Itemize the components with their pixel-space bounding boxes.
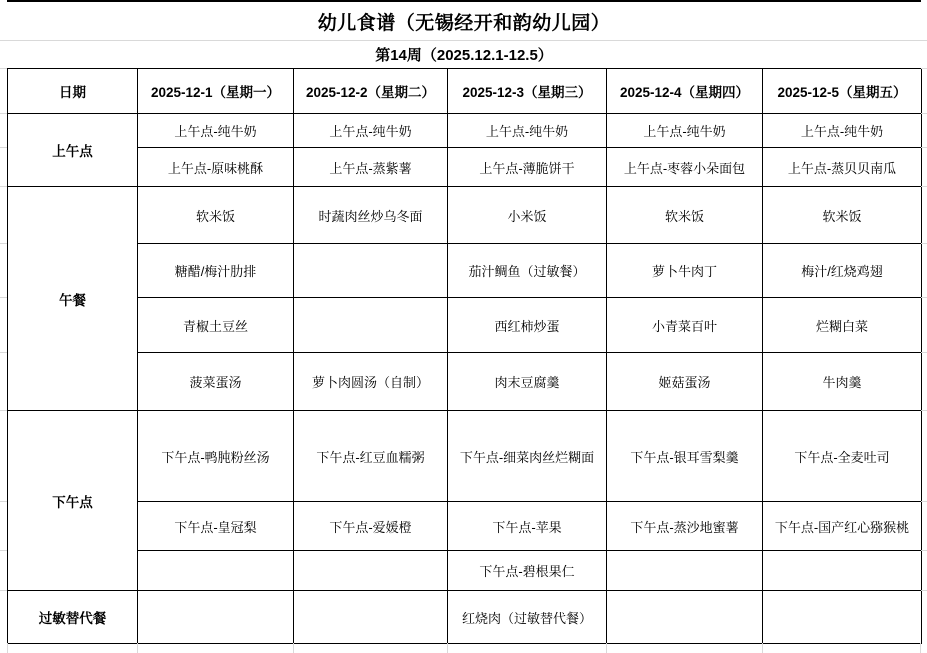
table-row: 下午点-碧根果仁 xyxy=(8,551,922,591)
margin-gridline xyxy=(0,352,7,353)
menu-cell xyxy=(294,244,448,298)
day-header-thu: 2025-12-4（星期四） xyxy=(607,69,763,114)
margin-gridline xyxy=(0,550,7,551)
margin-gridline xyxy=(762,643,763,653)
table-row: 过敏替代餐 红烧肉（过敏替代餐） xyxy=(8,591,922,644)
date-corner-label: 日期 xyxy=(8,69,138,114)
section-label-lunch: 午餐 xyxy=(8,187,138,411)
menu-cell xyxy=(607,551,763,591)
menu-cell: 肉末豆腐羹 xyxy=(448,353,607,411)
menu-cell xyxy=(138,551,294,591)
margin-gridline xyxy=(0,186,7,187)
table-row: 下午点-皇冠梨 下午点-爱媛橙 下午点-苹果 下午点-蒸沙地蜜薯 下午点-国产红… xyxy=(8,502,922,551)
menu-cell: 软米饭 xyxy=(607,187,763,244)
menu-cell: 姬菇蛋汤 xyxy=(607,353,763,411)
table-row: 菠菜蛋汤 萝卜肉圆汤（自制） 肉末豆腐羹 姬菇蛋汤 牛肉羹 xyxy=(8,353,922,411)
menu-cell: 上午点-纯牛奶 xyxy=(294,114,448,148)
margin-gridline xyxy=(0,590,7,591)
margin-gridline xyxy=(0,297,7,298)
table-row: 午餐 软米饭 时蔬肉丝炒乌冬面 小米饭 软米饭 软米饭 xyxy=(8,187,922,244)
menu-cell xyxy=(607,591,763,644)
page-title: 幼儿食谱（无锡经开和韵幼儿园） xyxy=(7,0,921,40)
margin-gridline xyxy=(137,643,138,653)
menu-cell: 上午点-纯牛奶 xyxy=(763,114,922,148)
day-header-wed: 2025-12-3（星期三） xyxy=(448,69,607,114)
menu-cell: 下午点-全麦吐司 xyxy=(763,411,922,502)
menu-cell: 下午点-细菜肉丝烂糊面 xyxy=(448,411,607,502)
margin-gridline xyxy=(0,147,7,148)
table-row: 糖醋/梅汁肋排 茄汁鲷鱼（过敏餐） 萝卜牛肉丁 梅汁/红烧鸡翅 xyxy=(8,244,922,298)
menu-cell: 上午点-蒸贝贝南瓜 xyxy=(763,148,922,187)
table-row: 上午点 上午点-纯牛奶 上午点-纯牛奶 上午点-纯牛奶 上午点-纯牛奶 上午点-… xyxy=(8,114,922,148)
menu-cell: 小青菜百叶 xyxy=(607,298,763,353)
margin-gridline xyxy=(0,501,7,502)
margin-gridline xyxy=(447,643,448,653)
menu-cell: 萝卜肉圆汤（自制） xyxy=(294,353,448,411)
menu-cell: 上午点-原味桃酥 xyxy=(138,148,294,187)
menu-cell: 茄汁鲷鱼（过敏餐） xyxy=(448,244,607,298)
margin-gridline xyxy=(0,113,7,114)
margin-gridline xyxy=(293,643,294,653)
menu-cell: 上午点-枣蓉小朵面包 xyxy=(607,148,763,187)
menu-cell xyxy=(294,298,448,353)
menu-cell: 软米饭 xyxy=(763,187,922,244)
header-row: 日期 2025-12-1（星期一） 2025-12-2（星期二） 2025-12… xyxy=(8,69,922,114)
menu-cell: 下午点-苹果 xyxy=(448,502,607,551)
day-header-mon: 2025-12-1（星期一） xyxy=(138,69,294,114)
menu-cell: 软米饭 xyxy=(138,187,294,244)
menu-cell xyxy=(763,551,922,591)
menu-cell xyxy=(294,591,448,644)
menu-cell: 糖醋/梅汁肋排 xyxy=(138,244,294,298)
menu-cell: 下午点-爱媛橙 xyxy=(294,502,448,551)
menu-cell: 下午点-碧根果仁 xyxy=(448,551,607,591)
menu-cell: 上午点-纯牛奶 xyxy=(607,114,763,148)
menu-cell: 上午点-纯牛奶 xyxy=(448,114,607,148)
menu-cell: 下午点-银耳雪梨羹 xyxy=(607,411,763,502)
menu-cell: 下午点-红豆血糯粥 xyxy=(294,411,448,502)
menu-cell: 青椒土豆丝 xyxy=(138,298,294,353)
section-label-afternoon-snack: 下午点 xyxy=(8,411,138,591)
menu-cell xyxy=(294,551,448,591)
menu-cell: 西红柿炒蛋 xyxy=(448,298,607,353)
menu-cell: 下午点-蒸沙地蜜薯 xyxy=(607,502,763,551)
menu-cell: 上午点-纯牛奶 xyxy=(138,114,294,148)
menu-cell: 小米饭 xyxy=(448,187,607,244)
menu-sheet: 幼儿食谱（无锡经开和韵幼儿园） 第14周（2025.12.1-12.5） 日期 … xyxy=(7,0,921,644)
table-row: 青椒土豆丝 西红柿炒蛋 小青菜百叶 烂糊白菜 xyxy=(8,298,922,353)
margin-gridline xyxy=(0,40,7,41)
day-header-tue: 2025-12-2（星期二） xyxy=(294,69,448,114)
menu-cell xyxy=(763,591,922,644)
margin-gridline xyxy=(920,643,921,653)
week-subtitle: 第14周（2025.12.1-12.5） xyxy=(7,40,921,68)
menu-cell: 时蔬肉丝炒乌冬面 xyxy=(294,187,448,244)
menu-table: 日期 2025-12-1（星期一） 2025-12-2（星期二） 2025-12… xyxy=(7,68,922,644)
margin-gridline xyxy=(921,40,927,41)
margin-gridline xyxy=(7,643,8,653)
margin-gridline xyxy=(0,410,7,411)
margin-gridline xyxy=(606,643,607,653)
day-header-fri: 2025-12-5（星期五） xyxy=(763,69,922,114)
menu-cell xyxy=(138,591,294,644)
menu-cell: 上午点-蒸紫薯 xyxy=(294,148,448,187)
menu-cell: 上午点-薄脆饼干 xyxy=(448,148,607,187)
menu-cell: 菠菜蛋汤 xyxy=(138,353,294,411)
menu-cell: 下午点-皇冠梨 xyxy=(138,502,294,551)
section-label-allergy-substitute: 过敏替代餐 xyxy=(8,591,138,644)
menu-cell: 烂糊白菜 xyxy=(763,298,922,353)
spreadsheet-page: 幼儿食谱（无锡经开和韵幼儿园） 第14周（2025.12.1-12.5） 日期 … xyxy=(0,0,927,653)
table-row: 下午点 下午点-鸭肫粉丝汤 下午点-红豆血糯粥 下午点-细菜肉丝烂糊面 下午点-… xyxy=(8,411,922,502)
menu-cell: 红烧肉（过敏替代餐） xyxy=(448,591,607,644)
menu-cell: 萝卜牛肉丁 xyxy=(607,244,763,298)
menu-cell: 下午点-国产红心猕猴桃 xyxy=(763,502,922,551)
section-label-morning-snack: 上午点 xyxy=(8,114,138,187)
table-row: 上午点-原味桃酥 上午点-蒸紫薯 上午点-薄脆饼干 上午点-枣蓉小朵面包 上午点… xyxy=(8,148,922,187)
margin-gridline xyxy=(0,243,7,244)
menu-cell: 下午点-鸭肫粉丝汤 xyxy=(138,411,294,502)
menu-cell: 牛肉羹 xyxy=(763,353,922,411)
menu-cell: 梅汁/红烧鸡翅 xyxy=(763,244,922,298)
margin-gridline xyxy=(0,68,7,69)
